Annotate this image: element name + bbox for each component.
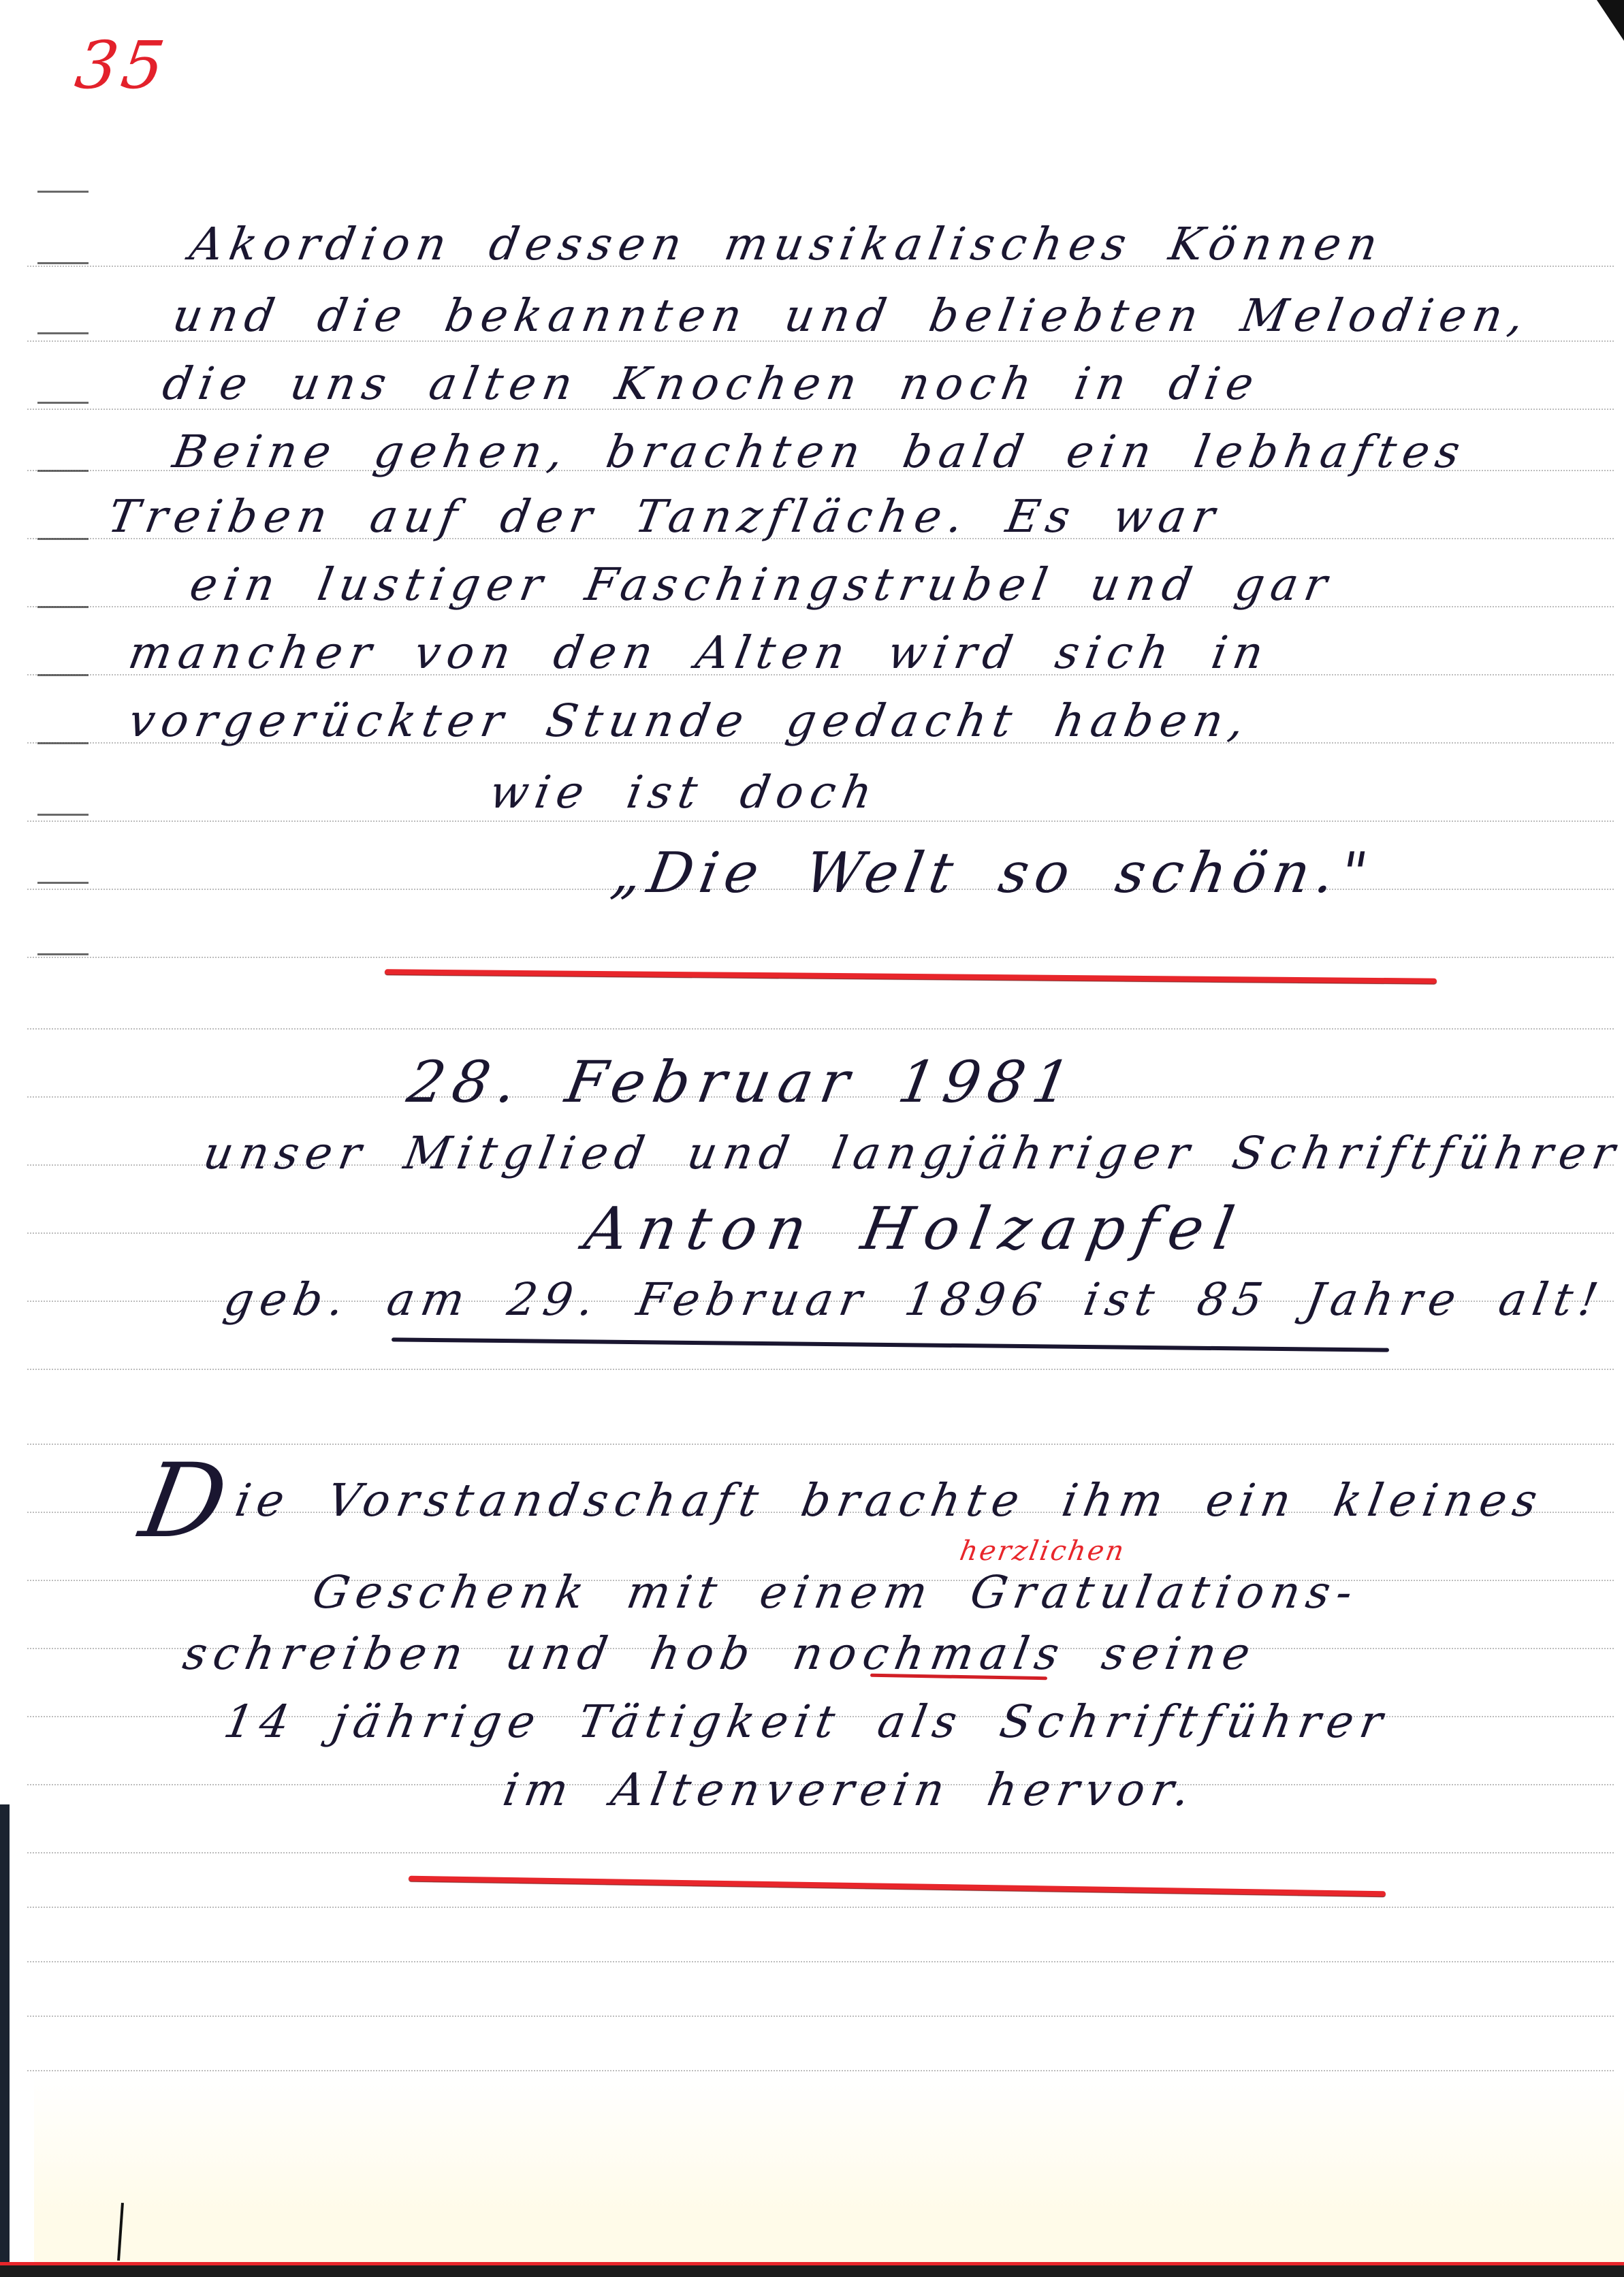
scan-corner-shadow: [1597, 0, 1624, 41]
entry-date: 28. Februar 1981: [402, 1049, 1083, 1115]
text-line: Geschenk mit einem Gratulations-: [308, 1566, 1363, 1619]
page-number: 35: [71, 27, 173, 103]
closing-divider-red: [409, 1876, 1386, 1897]
paper-bottom-edge: [34, 2077, 1624, 2274]
text-line: 14 jährige Tätigkeit als Schriftführer: [220, 1695, 1393, 1748]
entry-underline: [392, 1337, 1389, 1352]
text-line: mancher von den Alten wird sich in: [125, 626, 1274, 679]
birth-line: geb. am 29. Februar 1896 ist 85 Jahre al…: [220, 1273, 1608, 1326]
red-insertion: herzlichen: [957, 1535, 1128, 1567]
text-line-content: ie Vorstandschaft brachte ihm ein kleine…: [232, 1474, 1548, 1527]
page-bottom-edge: [0, 2262, 1624, 2277]
text-line: Die Vorstandschaft brachte ihm ein klein…: [134, 1450, 1553, 1552]
binding-edge: [0, 1804, 10, 2277]
text-line: wie ist doch: [485, 766, 882, 818]
text-line: Treiben auf der Tanzfläche. Es war: [104, 490, 1226, 543]
text-line: ein lustiger Faschingstrubel und gar: [186, 558, 1337, 611]
text-line: Beine gehen, brachten bald ein lebhaftes: [169, 426, 1471, 478]
text-line: schreiben und hob nochmals seine: [179, 1627, 1260, 1680]
notebook-page: 35 Akordion dessen musikalisches Können …: [0, 0, 1624, 2277]
text-line: die uns alten Knochen noch in die: [159, 357, 1264, 410]
entry-subtitle: unser Mitglied und langjähriger Schriftf…: [200, 1127, 1624, 1179]
text-line: Akordion dessen musikalisches Können: [186, 218, 1388, 270]
text-line: und die bekannten und beliebten Melodien…: [169, 289, 1534, 342]
section-divider-red: [385, 969, 1437, 983]
drop-cap: D: [134, 1450, 241, 1552]
quote-line: „Die Welt so schön.": [607, 841, 1379, 906]
text-line: vorgerückter Stunde gedacht haben,: [125, 695, 1255, 747]
member-name: Anton Holzapfel: [579, 1195, 1249, 1263]
text-line: im Altenverein hervor.: [499, 1764, 1200, 1816]
